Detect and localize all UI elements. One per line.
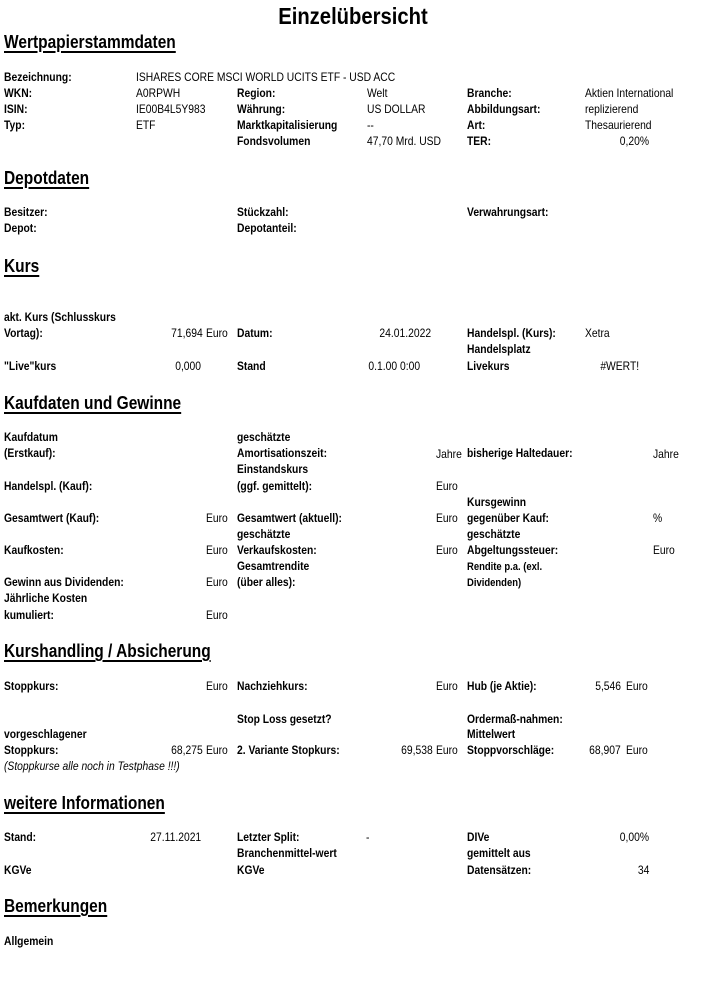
section-heading-kaufdaten: Kaufdaten und Gewinne bbox=[4, 392, 181, 414]
label-letzter-split: Letzter Split: bbox=[237, 829, 299, 845]
label-branchenmittel-line2: KGVe bbox=[237, 862, 265, 878]
label-akt-kurs-line1: akt. Kurs (Schlusskurs bbox=[4, 309, 116, 325]
unit-kursgewinn: % bbox=[653, 510, 662, 526]
value-letzter-split: - bbox=[366, 829, 369, 845]
label-fondsvolumen: Fondsvolumen bbox=[237, 133, 310, 149]
label-region: Region: bbox=[237, 85, 275, 101]
unit-gesamtwert-aktuell: Euro bbox=[436, 510, 458, 526]
label-abbildungsart: Abbildungsart: bbox=[467, 101, 540, 117]
unit-einstandskurs: Euro bbox=[436, 478, 458, 494]
label-handelspl-kauf: Handelspl. (Kauf): bbox=[4, 478, 92, 494]
value-fondsvolumen: 47,70 Mrd. USD bbox=[367, 133, 441, 149]
label-allgemein: Allgemein bbox=[4, 933, 53, 949]
label-kgve: KGVe bbox=[4, 862, 32, 878]
label-gesamtwert-aktuell: Gesamtwert (aktuell): bbox=[237, 510, 342, 526]
label-stueckzahl: Stückzahl: bbox=[237, 204, 289, 220]
label-einstandskurs-line1: Einstandskurs bbox=[237, 461, 308, 477]
label-mittelwert-line2: Stoppvorschläge: bbox=[467, 742, 554, 758]
label-livekurs-line1: Handelsplatz bbox=[467, 341, 531, 357]
label-stand: Stand bbox=[237, 358, 266, 374]
unit-stoppkurs: Euro bbox=[206, 678, 228, 694]
label-gemittelt-line1: gemittelt aus bbox=[467, 845, 531, 861]
value-branche: Aktien International bbox=[585, 85, 673, 101]
value-akt-kurs: 71,694 bbox=[171, 325, 203, 341]
value-abbildungsart: replizierend bbox=[585, 101, 638, 117]
value-live-kurs: 0,000 bbox=[175, 358, 201, 374]
label-jaehrliche-kosten-line1: Jährliche Kosten bbox=[4, 590, 87, 606]
label-ter: TER: bbox=[467, 133, 491, 149]
label-mittelwert-line1: Mittelwert bbox=[467, 726, 515, 742]
label-abgeltung-line2: Abgeltungssteuer: bbox=[467, 542, 558, 558]
label-depotanteil: Depotanteil: bbox=[237, 220, 297, 236]
label-vorgeschlagener-line2: Stoppkurs: bbox=[4, 742, 58, 758]
label-gesamtwert-kauf: Gesamtwert (Kauf): bbox=[4, 510, 99, 526]
label-art: Art: bbox=[467, 117, 485, 133]
unit-kaufkosten: Euro bbox=[206, 542, 228, 558]
label-gesamtrendite-line1: Gesamtrendite bbox=[237, 558, 309, 574]
label-ordermassnahmen: Ordermaß-nahmen: bbox=[467, 711, 563, 727]
unit-verkaufskosten: Euro bbox=[436, 542, 458, 558]
label-vorgeschlagener-line1: vorgeschlagener bbox=[4, 726, 87, 742]
unit-amortisation: Jahre bbox=[436, 446, 462, 462]
label-stand-weitere: Stand: bbox=[4, 829, 36, 845]
label-gesamtrendite-line2: (über alles): bbox=[237, 574, 295, 590]
value-gemittelt: 34 bbox=[638, 862, 649, 878]
label-waehrung: Währung: bbox=[237, 101, 285, 117]
unit-haltedauer: Jahre bbox=[653, 446, 679, 462]
section-heading-kurshandling: Kurshandling / Absicherung bbox=[4, 640, 211, 662]
value-vorgeschlagener-stoppkurs: 68,275 bbox=[171, 742, 203, 758]
value-waehrung: US DOLLAR bbox=[367, 101, 426, 117]
label-verwahrungsart: Verwahrungsart: bbox=[467, 204, 548, 220]
section-heading-kurs: Kurs bbox=[4, 255, 39, 277]
value-dive: 0,00% bbox=[620, 829, 649, 845]
value-mittelwert: 68,907 bbox=[589, 742, 621, 758]
value-livekurs: #WERT! bbox=[600, 358, 639, 374]
label-nachziehkurs: Nachziehkurs: bbox=[237, 678, 308, 694]
value-art: Thesaurierend bbox=[585, 117, 652, 133]
unit-abgeltung: Euro bbox=[653, 542, 675, 558]
label-isin: ISIN: bbox=[4, 101, 28, 117]
label-besitzer: Besitzer: bbox=[4, 204, 48, 220]
section-heading-depotdaten: Depotdaten bbox=[4, 167, 89, 189]
value-marktkapitalisierung: -- bbox=[367, 117, 374, 133]
unit-vorgeschlagener-stoppkurs: Euro bbox=[206, 742, 228, 758]
value-handelspl-kurs: Xetra bbox=[585, 325, 610, 341]
label-datum: Datum: bbox=[237, 325, 273, 341]
label-live-kurs: "Live"kurs bbox=[4, 358, 56, 374]
label-kursgewinn-line2: gegenüber Kauf: bbox=[467, 510, 549, 526]
label-rendite-pa-line2: Dividenden) bbox=[467, 575, 521, 591]
label-depot: Depot: bbox=[4, 220, 37, 236]
label-handelspl-kurs: Handelspl. (Kurs): bbox=[467, 325, 556, 341]
label-amortisation-line2: Amortisationszeit: bbox=[237, 445, 327, 461]
label-kaufkosten: Kaufkosten: bbox=[4, 542, 64, 558]
label-branche: Branche: bbox=[467, 85, 512, 101]
label-amortisation-line1: geschätzte bbox=[237, 429, 290, 445]
value-datum: 24.01.2022 bbox=[379, 325, 431, 341]
section-heading-bemerkungen: Bemerkungen bbox=[4, 895, 107, 917]
section-heading-stammdaten: Wertpapierstammdaten bbox=[4, 31, 176, 53]
label-einstandskurs-line2: (ggf. gemittelt): bbox=[237, 478, 312, 494]
label-dividenden: Gewinn aus Dividenden: bbox=[4, 574, 124, 590]
note-testphase: (Stoppkurse alle noch in Testphase !!!) bbox=[4, 758, 180, 774]
value-wkn: A0RPWH bbox=[136, 85, 180, 101]
page-title: Einzelübersicht bbox=[42, 2, 663, 30]
label-hub: Hub (je Aktie): bbox=[467, 678, 537, 694]
label-marktkapitalisierung: Marktkapitalisierung bbox=[237, 117, 337, 133]
unit-gesamtwert-kauf: Euro bbox=[206, 510, 228, 526]
label-variante-stopkurs: 2. Variante Stopkurs: bbox=[237, 742, 340, 758]
value-region: Welt bbox=[367, 85, 387, 101]
label-typ: Typ: bbox=[4, 117, 25, 133]
label-livekurs-line2: Livekurs bbox=[467, 358, 509, 374]
label-dive: DIVe bbox=[467, 829, 489, 845]
label-abgeltung-line1: geschätzte bbox=[467, 526, 520, 542]
value-stand-weitere: 27.11.2021 bbox=[150, 829, 201, 845]
value-ter: 0,20% bbox=[620, 133, 649, 149]
value-typ: ETF bbox=[136, 117, 155, 133]
label-bezeichnung: Bezeichnung: bbox=[4, 69, 72, 85]
label-rendite-pa-line1: Rendite p.a. (exl. bbox=[467, 559, 542, 575]
label-kaufdatum-line1: Kaufdatum bbox=[4, 429, 58, 445]
unit-variante-stopkurs: Euro bbox=[436, 742, 458, 758]
value-isin: IE00B4L5Y983 bbox=[136, 101, 205, 117]
label-stop-loss-gesetzt: Stop Loss gesetzt? bbox=[237, 711, 332, 727]
label-wkn: WKN: bbox=[4, 85, 32, 101]
unit-nachziehkurs: Euro bbox=[436, 678, 458, 694]
unit-dividenden: Euro bbox=[206, 574, 228, 590]
section-heading-weitere: weitere Informationen bbox=[4, 792, 165, 814]
label-kaufdatum-line2: (Erstkauf): bbox=[4, 445, 56, 461]
label-gemittelt-line2: Datensätzen: bbox=[467, 862, 531, 878]
value-stand: 0.1.00 0:00 bbox=[368, 358, 420, 374]
value-hub: 5,546 bbox=[595, 678, 621, 694]
unit-mittelwert: Euro bbox=[626, 742, 648, 758]
label-jaehrliche-kosten-line2: kumuliert: bbox=[4, 607, 54, 623]
label-kursgewinn-line1: Kursgewinn bbox=[467, 494, 526, 510]
label-haltedauer: bisherige Haltedauer: bbox=[467, 445, 573, 461]
unit-akt-kurs: Euro bbox=[206, 325, 228, 341]
value-variante-stopkurs: 69,538 bbox=[401, 742, 433, 758]
unit-hub: Euro bbox=[626, 678, 648, 694]
label-verkaufskosten-line2: Verkaufskosten: bbox=[237, 542, 317, 558]
label-stoppkurs: Stoppkurs: bbox=[4, 678, 58, 694]
value-bezeichnung: ISHARES CORE MSCI WORLD UCITS ETF - USD … bbox=[136, 69, 395, 85]
label-akt-kurs-line2: Vortag): bbox=[4, 325, 43, 341]
label-verkaufskosten-line1: geschätzte bbox=[237, 526, 290, 542]
unit-jaehrliche-kosten: Euro bbox=[206, 607, 228, 623]
label-branchenmittel-line1: Branchenmittel-wert bbox=[237, 845, 337, 861]
